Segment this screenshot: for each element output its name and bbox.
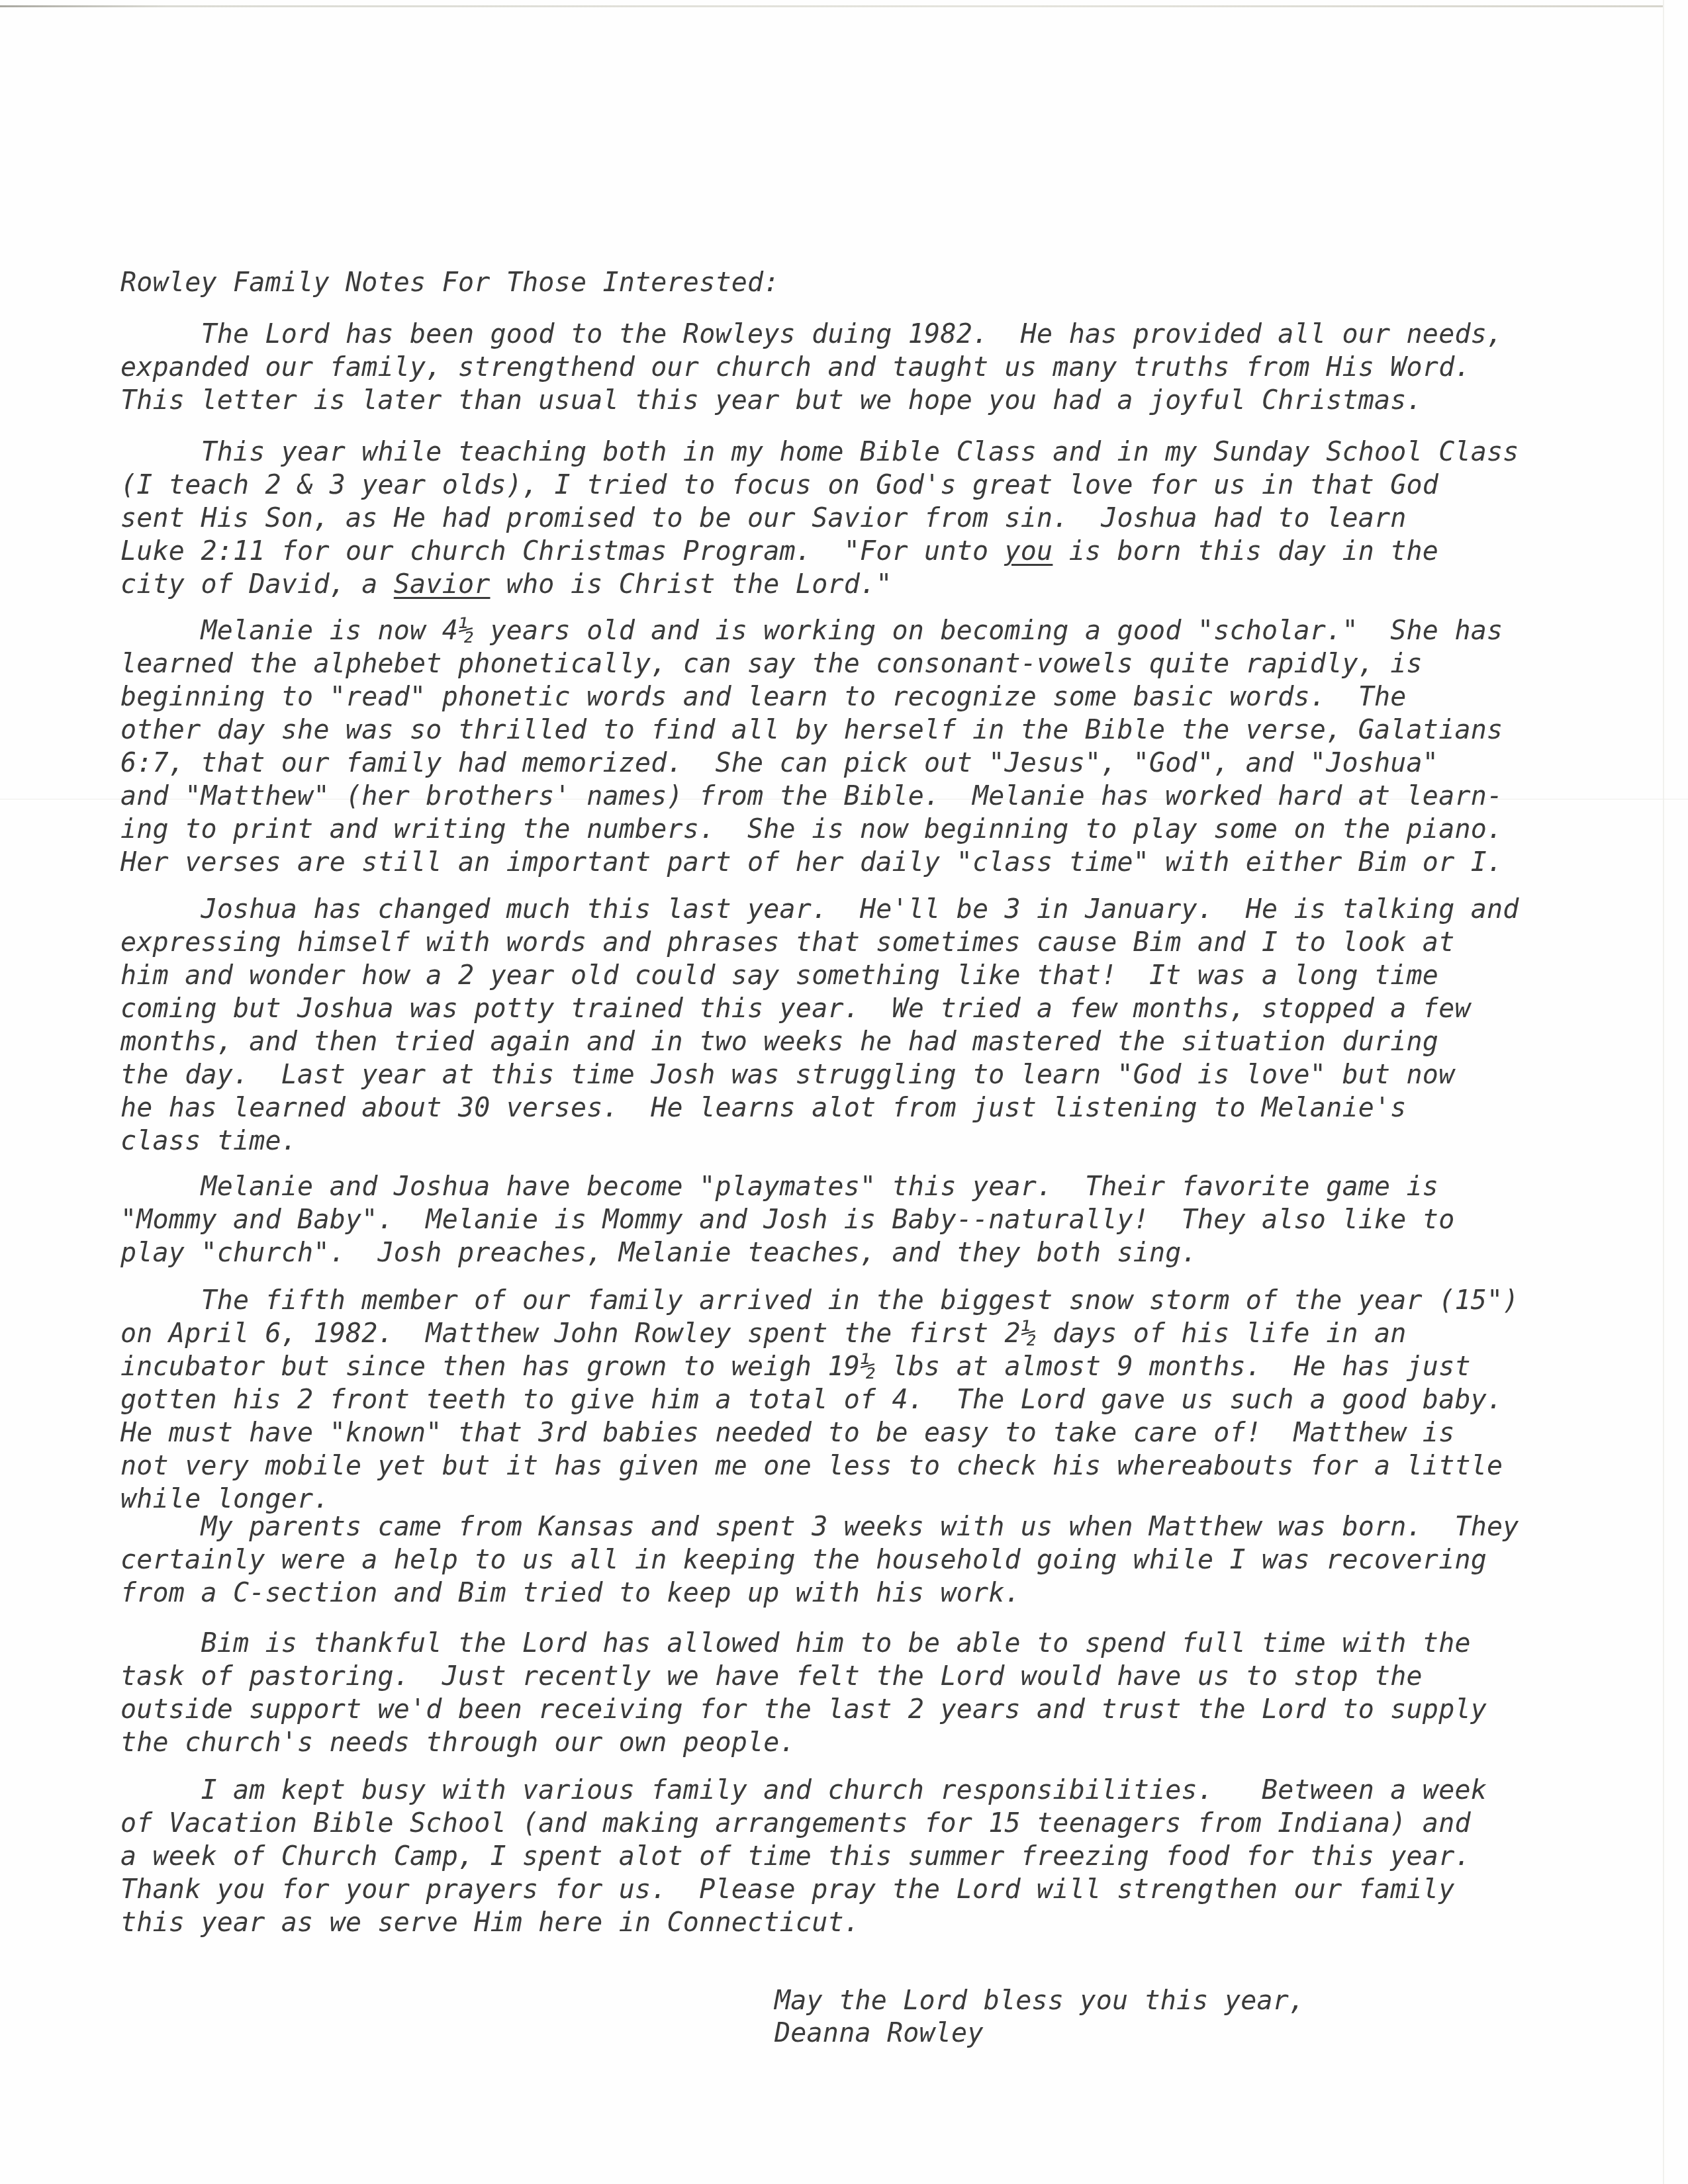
text-line: from a C-section and Bim tried to keep u… bbox=[120, 1576, 1021, 1610]
text-span: who is Christ the Lord." bbox=[491, 569, 892, 600]
text-line: Bim is thankful the Lord has allowed him… bbox=[120, 1627, 1471, 1660]
closing-salutation: May the Lord bless you this year, bbox=[774, 1984, 1305, 2017]
underlined-word: you bbox=[1005, 536, 1053, 567]
text-line: This letter is later than usual this yea… bbox=[120, 384, 1423, 417]
text-line: not very mobile yet but it has given me … bbox=[120, 1449, 1503, 1482]
text-line: expressing himself with words and phrase… bbox=[120, 926, 1454, 959]
text-line: The fifth member of our family arrived i… bbox=[120, 1284, 1519, 1317]
text-line: "Mommy and Baby". Melanie is Mommy and J… bbox=[120, 1203, 1454, 1236]
text-line: city of David, a Savior who is Christ th… bbox=[120, 568, 892, 601]
text-span: is born this day in the bbox=[1053, 536, 1438, 567]
text-line: a week of Church Camp, I spent alot of t… bbox=[120, 1840, 1471, 1873]
text-line: This year while teaching both in my home… bbox=[120, 435, 1519, 469]
text-line: on April 6, 1982. Matthew John Rowley sp… bbox=[120, 1317, 1407, 1350]
text-line: the church's needs through our own peopl… bbox=[120, 1726, 796, 1759]
text-line: outside support we'd been receiving for … bbox=[120, 1693, 1487, 1726]
text-line: the day. Last year at this time Josh was… bbox=[120, 1058, 1454, 1091]
text-line: task of pastoring. Just recently we have… bbox=[120, 1660, 1423, 1693]
text-line: (I teach 2 & 3 year olds), I tried to fo… bbox=[120, 469, 1438, 502]
signature: Deanna Rowley bbox=[774, 2017, 984, 2050]
text-line: play "church". Josh preaches, Melanie te… bbox=[120, 1236, 1197, 1269]
page-top-edge bbox=[0, 5, 1663, 7]
text-line: incubator but since then has grown to we… bbox=[120, 1350, 1471, 1383]
underlined-word: Savior bbox=[394, 569, 491, 600]
text-line: 6:7, that our family had memorized. She … bbox=[120, 747, 1438, 780]
text-line: learned the alphebet phonetically, can s… bbox=[120, 647, 1423, 680]
text-line: Luke 2:11 for our church Christmas Progr… bbox=[120, 535, 1438, 568]
text-line: coming but Joshua was potty trained this… bbox=[120, 992, 1471, 1025]
text-line: Her verses are still an important part o… bbox=[120, 846, 1503, 879]
text-line: he has learned about 30 verses. He learn… bbox=[120, 1091, 1407, 1124]
text-line: He must have "known" that 3rd babies nee… bbox=[120, 1416, 1454, 1449]
text-line: Melanie is now 4½ years old and is worki… bbox=[120, 614, 1503, 647]
text-line: ing to print and writing the numbers. Sh… bbox=[120, 813, 1503, 846]
text-line: class time. bbox=[120, 1124, 297, 1158]
text-line: of Vacation Bible School (and making arr… bbox=[120, 1807, 1471, 1840]
text-line: this year as we serve Him here in Connec… bbox=[120, 1906, 860, 1939]
text-line: gotten his 2 front teeth to give him a t… bbox=[120, 1383, 1503, 1416]
text-line: sent His Son, as He had promised to be o… bbox=[120, 502, 1407, 535]
text-line: My parents came from Kansas and spent 3 … bbox=[120, 1510, 1519, 1543]
page-right-edge bbox=[1663, 0, 1664, 2184]
letter-page: Rowley Family Notes For Those Interested… bbox=[0, 0, 1688, 2184]
text-line: Joshua has changed much this last year. … bbox=[120, 893, 1519, 926]
text-line: The Lord has been good to the Rowleys du… bbox=[120, 318, 1503, 351]
text-line: expanded our family, strengthend our chu… bbox=[120, 351, 1471, 384]
text-line: Thank you for your prayers for us. Pleas… bbox=[120, 1873, 1454, 1906]
text-line: other day she was so thrilled to find al… bbox=[120, 713, 1503, 747]
text-line: months, and then tried again and in two … bbox=[120, 1025, 1438, 1058]
text-line: him and wonder how a 2 year old could sa… bbox=[120, 959, 1438, 992]
text-line: and "Matthew" (her brothers' names) from… bbox=[120, 780, 1503, 813]
text-line: certainly were a help to us all in keepi… bbox=[120, 1543, 1487, 1576]
text-line: I am kept busy with various family and c… bbox=[120, 1774, 1487, 1807]
text-line: Melanie and Joshua have become "playmate… bbox=[120, 1170, 1438, 1203]
text-line: beginning to "read" phonetic words and l… bbox=[120, 680, 1407, 713]
letter-title: Rowley Family Notes For Those Interested… bbox=[120, 266, 780, 299]
